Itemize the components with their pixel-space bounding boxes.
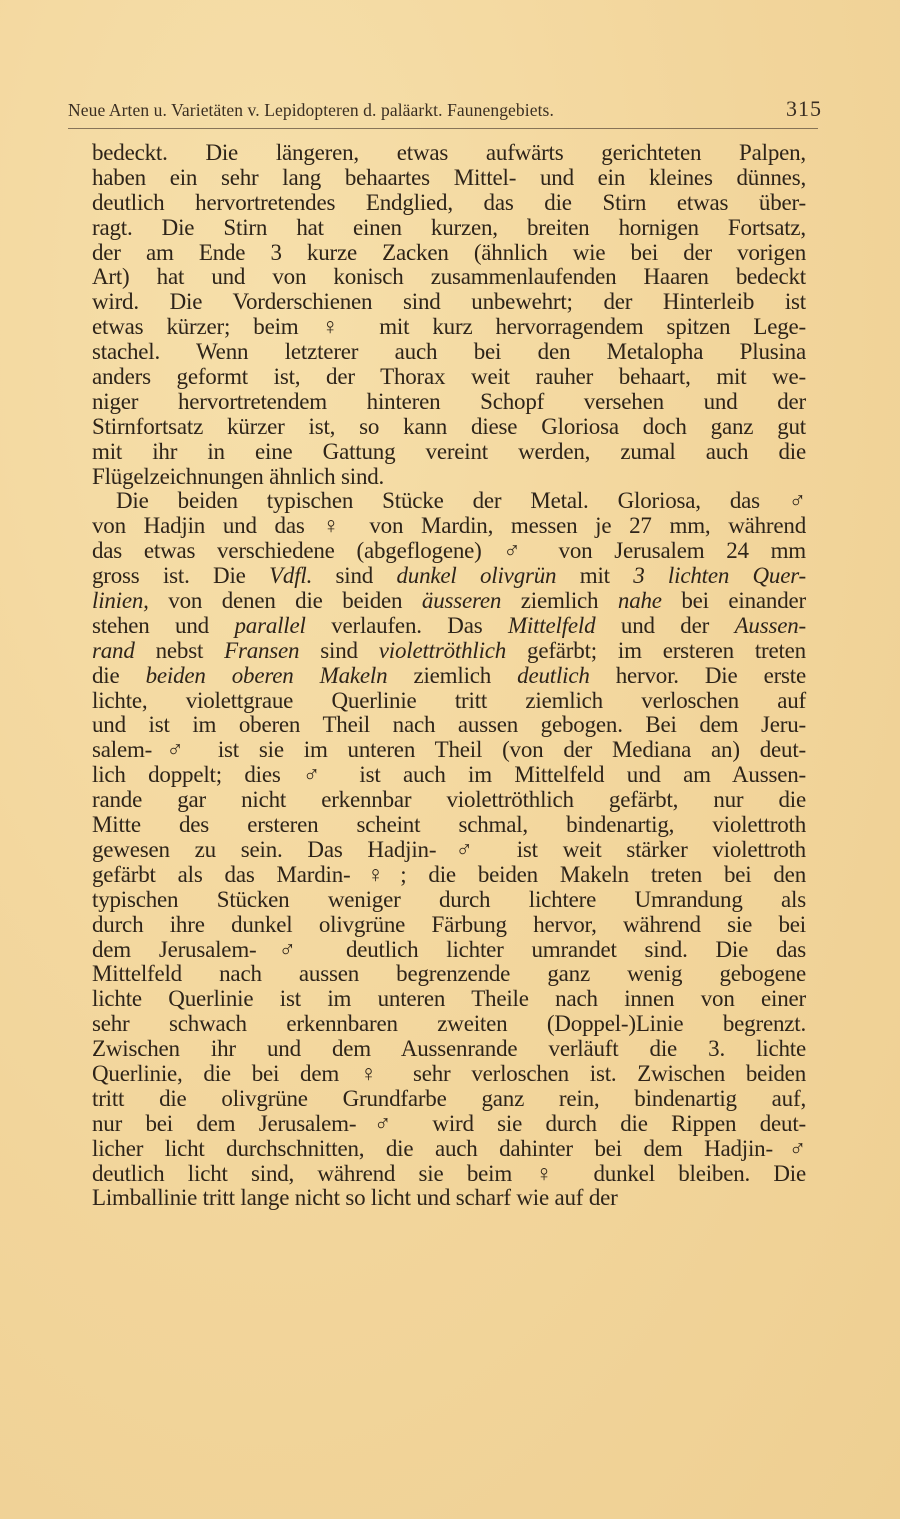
body-text: bedeckt. Die längeren, etwas aufwärts ge… (44, 141, 806, 1211)
text-run: rande gar nicht erkennbar violettröthlic… (92, 787, 806, 812)
text-line: Flügelzeichnungen ähnlich sind. (92, 465, 806, 490)
running-header: Neue Arten u. Varietäten v. Lepidopteren… (44, 96, 822, 128)
text-line: gewesen zu sein. Das Hadjin-♂ ist weit s… (92, 838, 806, 863)
text-line: etwas kürzer; beim ♀ mit kurz hervorrage… (92, 315, 806, 340)
text-run: Flügelzeichnungen ähnlich sind. (92, 464, 384, 489)
text-line: lichte Querlinie ist im unteren Theile n… (92, 987, 806, 1012)
text-line: rand nebst Fransen sind violettröthlich … (92, 639, 806, 664)
text-run: das etwas verschiedene (abgeflogene) ♂ v… (92, 538, 806, 563)
text-line: niger hervortretendem hinteren Schopf ve… (92, 390, 806, 415)
text-run: typischen Stücken weniger durch lichtere… (92, 887, 806, 912)
page-number: 315 (786, 96, 822, 122)
text-run: Limballinie tritt lange nicht so licht u… (92, 1185, 618, 1210)
text-run: wird. Die Vorderschienen sind unbewehrt;… (92, 289, 806, 314)
text-run: salem-♂ ist sie im unteren Theil (von de… (92, 737, 806, 762)
text-line: die beiden oberen Makeln ziemlich deutli… (92, 664, 806, 689)
text-run: licher licht durchschnitten, die auch da… (92, 1136, 806, 1161)
header-rule (68, 128, 818, 129)
running-title: Neue Arten u. Varietäten v. Lepidopteren… (68, 100, 554, 121)
text-run: mit (556, 563, 633, 588)
text-run: bei einander (662, 588, 806, 613)
text-line: mit ihr in eine Gattung vereint werden, … (92, 440, 806, 465)
text-run: Die beiden typischen Stücke der Metal. G… (116, 488, 806, 513)
text-line: dem Jerusalem-♂ deutlich lichter umrande… (92, 938, 806, 963)
text-line: Mittelfeld nach aussen begrenzende ganz … (92, 962, 806, 987)
text-run: stehen und (92, 613, 234, 638)
italic-text: Fransen (224, 638, 299, 663)
text-line: licher licht durchschnitten, die auch da… (92, 1137, 806, 1162)
text-line: das etwas verschiedene (abgeflogene) ♂ v… (92, 539, 806, 564)
text-run: von Hadjin und das ♀ von Mardin, messen … (92, 513, 806, 538)
italic-text: violettröthlich (379, 638, 506, 663)
book-page: Neue Arten u. Varietäten v. Lepidopteren… (44, 96, 822, 1211)
text-line: nur bei dem Jerusalem-♂ wird sie durch d… (92, 1112, 806, 1137)
text-run: haben ein sehr lang behaartes Mittel- un… (92, 165, 806, 190)
text-line: typischen Stücken weniger durch lichtere… (92, 888, 806, 913)
text-run: Mitte des ersteren scheint schmal, binde… (92, 812, 806, 837)
text-line: stehen und parallel verlaufen. Das Mitte… (92, 614, 806, 639)
text-line: durch ihre dunkel olivgrüne Färbung herv… (92, 913, 806, 938)
text-run: die (92, 663, 146, 688)
text-line: anders geformt ist, der Thorax weit rauh… (92, 365, 806, 390)
text-line: der am Ende 3 kurze Zacken (ähnlich wie … (92, 241, 806, 266)
italic-text: nahe (618, 588, 662, 613)
text-line: von Hadjin und das ♀ von Mardin, messen … (92, 514, 806, 539)
italic-text: parallel (234, 613, 305, 638)
italic-text: rand (92, 638, 135, 663)
italic-text: linien, (92, 588, 149, 613)
text-line: salem-♂ ist sie im unteren Theil (von de… (92, 738, 806, 763)
text-line: wird. Die Vorderschienen sind unbewehrt;… (92, 290, 806, 315)
text-run: tritt die olivgrüne Grundfarbe ganz rein… (92, 1086, 806, 1111)
text-line: gefärbt als das Mardin-♀; die beiden Mak… (92, 863, 806, 888)
text-run: lich doppelt; dies ♂ ist auch im Mittelf… (92, 762, 806, 787)
text-line: Stirnfortsatz kürzer ist, so kann diese … (92, 415, 806, 440)
text-run: Mittelfeld nach aussen begrenzende ganz … (92, 961, 806, 986)
text-run: Querlinie, die bei dem ♀ sehr verloschen… (92, 1061, 806, 1086)
text-run: ziemlich (387, 663, 517, 688)
text-run: stachel. Wenn letzterer auch bei den Met… (92, 339, 806, 364)
text-run: sind (312, 563, 396, 588)
italic-text: dunkel olivgrün (397, 563, 557, 588)
text-run: nur bei dem Jerusalem-♂ wird sie durch d… (92, 1111, 806, 1136)
text-line: bedeckt. Die längeren, etwas aufwärts ge… (92, 141, 806, 166)
text-run: gefärbt als das Mardin-♀; die beiden Mak… (92, 862, 806, 887)
text-run: verlaufen. Das (306, 613, 508, 638)
text-line: linien, von denen die beiden äusseren zi… (92, 589, 806, 614)
text-run: sind (299, 638, 378, 663)
text-run: ziemlich (501, 588, 618, 613)
text-line: lich doppelt; dies ♂ ist auch im Mittelf… (92, 763, 806, 788)
text-run: etwas kürzer; beim ♀ mit kurz hervorrage… (92, 314, 806, 339)
text-line: ragt. Die Stirn hat einen kurzen, breite… (92, 216, 806, 241)
text-run: Zwischen ihr und dem Aussenrande verläuf… (92, 1036, 806, 1061)
text-line: deutlich hervortretendes Endglied, das d… (92, 191, 806, 216)
text-run: gewesen zu sein. Das Hadjin-♂ ist weit s… (92, 837, 806, 862)
text-line: tritt die olivgrüne Grundfarbe ganz rein… (92, 1087, 806, 1112)
text-line: stachel. Wenn letzterer auch bei den Met… (92, 340, 806, 365)
text-run: hervor. Die erste (590, 663, 806, 688)
text-run: gefärbt; im ersteren treten (506, 638, 806, 663)
italic-text: Vdfl. (269, 563, 312, 588)
italic-text: äusseren (422, 588, 501, 613)
text-line: lichte, violettgraue Querlinie tritt zie… (92, 689, 806, 714)
text-run: der am Ende 3 kurze Zacken (ähnlich wie … (92, 240, 806, 265)
italic-text: Mittelfeld (508, 613, 595, 638)
text-run: gross ist. Die (92, 563, 269, 588)
text-run: sehr schwach erkennbaren zweiten (Doppel… (92, 1011, 806, 1036)
italic-text: Aussen- (735, 613, 806, 638)
text-run: lichte, violettgraue Querlinie tritt zie… (92, 688, 806, 713)
text-line: haben ein sehr lang behaartes Mittel- un… (92, 166, 806, 191)
text-run: anders geformt ist, der Thorax weit rauh… (92, 364, 806, 389)
text-line: und ist im oberen Theil nach aussen gebo… (92, 713, 806, 738)
italic-text: 3 lichten Quer- (633, 563, 806, 588)
text-run: lichte Querlinie ist im unteren Theile n… (92, 986, 806, 1011)
text-run: nebst (135, 638, 224, 663)
text-run: Stirnfortsatz kürzer ist, so kann diese … (92, 414, 806, 439)
text-run: von denen die beiden (149, 588, 422, 613)
text-run: durch ihre dunkel olivgrüne Färbung herv… (92, 912, 806, 937)
text-run: und ist im oberen Theil nach aussen gebo… (92, 712, 806, 737)
text-run: und der (595, 613, 734, 638)
text-line: Mitte des ersteren scheint schmal, binde… (92, 813, 806, 838)
italic-text: deutlich (517, 663, 590, 688)
text-line: Zwischen ihr und dem Aussenrande verläuf… (92, 1037, 806, 1062)
text-run: niger hervortretendem hinteren Schopf ve… (92, 389, 806, 414)
italic-text: beiden oberen Makeln (146, 663, 388, 688)
text-line: Art) hat und von konisch zusammenlaufend… (92, 265, 806, 290)
text-run: dem Jerusalem-♂ deutlich lichter umrande… (92, 937, 806, 962)
text-line: Querlinie, die bei dem ♀ sehr verloschen… (92, 1062, 806, 1087)
text-run: deutlich hervortretendes Endglied, das d… (92, 190, 806, 215)
text-run: Art) hat und von konisch zusammenlaufend… (92, 264, 806, 289)
text-line: sehr schwach erkennbaren zweiten (Doppel… (92, 1012, 806, 1037)
text-run: bedeckt. Die längeren, etwas aufwärts ge… (92, 140, 806, 165)
text-line: deutlich licht sind, während sie beim ♀ … (92, 1162, 806, 1187)
text-run: mit ihr in eine Gattung vereint werden, … (92, 439, 806, 464)
text-run: ragt. Die Stirn hat einen kurzen, breite… (92, 215, 806, 240)
text-line: gross ist. Die Vdfl. sind dunkel olivgrü… (92, 564, 806, 589)
text-run: deutlich licht sind, während sie beim ♀ … (92, 1161, 806, 1186)
text-line: rande gar nicht erkennbar violettröthlic… (92, 788, 806, 813)
text-line: Limballinie tritt lange nicht so licht u… (92, 1186, 806, 1211)
text-line: Die beiden typischen Stücke der Metal. G… (92, 489, 806, 514)
